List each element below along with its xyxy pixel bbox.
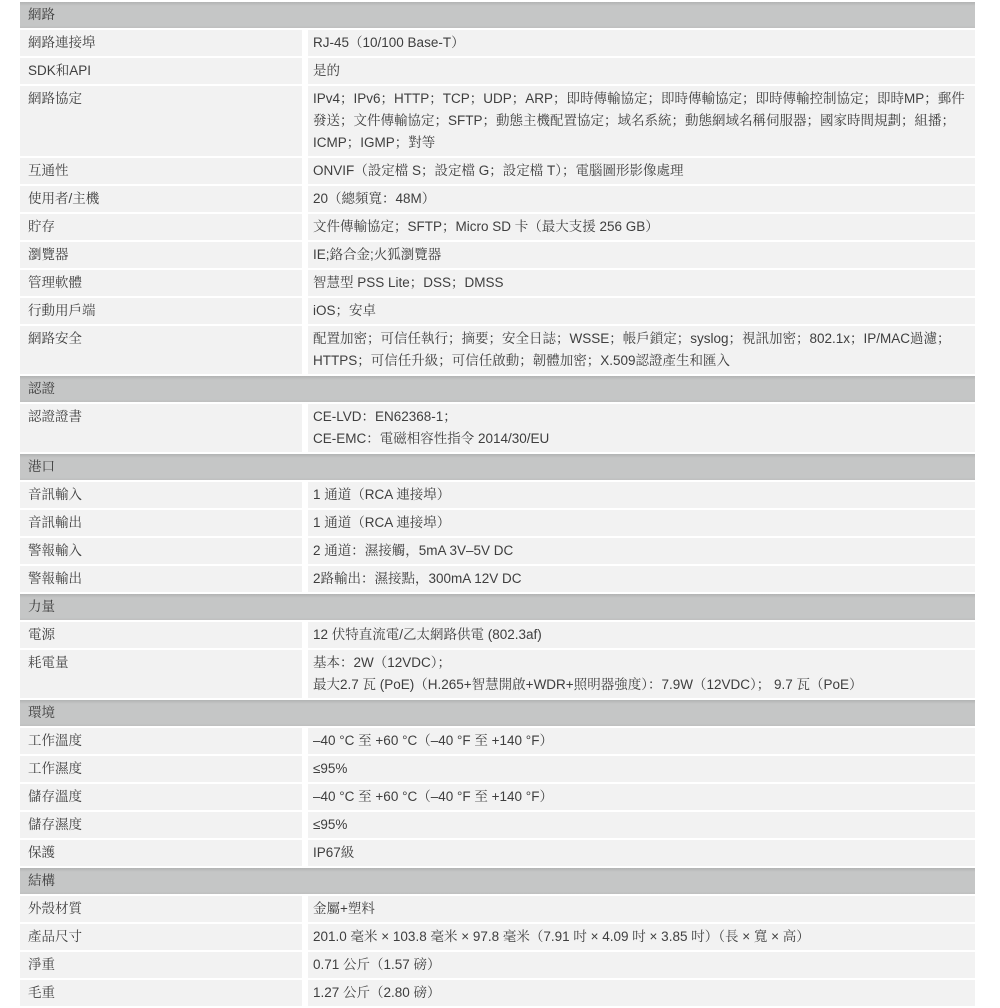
spec-value: 是的 — [308, 58, 975, 84]
spec-value: CE-LVD：EN62368-1； CE-EMC：電磁相容性指令 2014/30… — [308, 404, 975, 452]
spec-row: 貯存文件傳輸協定；SFTP；Micro SD 卡（最大支援 256 GB） — [20, 214, 975, 242]
spec-value: –40 °C 至 +60 °C（–40 °F 至 +140 °F） — [308, 784, 975, 810]
spec-label: 認證證書 — [20, 404, 302, 452]
spec-label: 警報輸出 — [20, 566, 302, 592]
spec-row: 警報輸入2 通道：濕接觸，5mA 3V–5V DC — [20, 538, 975, 566]
spec-value: 金屬+塑料 — [308, 896, 975, 922]
spec-label: 使用者/主機 — [20, 186, 302, 212]
spec-value: 配置加密；可信任執行；摘要；安全日誌；WSSE；帳戶鎖定；syslog；視訊加密… — [308, 326, 975, 374]
spec-row: 認證證書CE-LVD：EN62368-1； CE-EMC：電磁相容性指令 201… — [20, 404, 975, 454]
spec-label: 網路安全 — [20, 326, 302, 374]
spec-row: 儲存溫度–40 °C 至 +60 °C（–40 °F 至 +140 °F） — [20, 784, 975, 812]
spec-label: 行動用戶端 — [20, 298, 302, 324]
spec-value: 12 伏特直流電/乙太網路供電 (802.3af) — [308, 622, 975, 648]
spec-section-title: 環境 — [20, 700, 975, 728]
spec-row: 音訊輸出1 通道（RCA 連接埠） — [20, 510, 975, 538]
spec-value: 1 通道（RCA 連接埠） — [308, 510, 975, 536]
spec-row: 管理軟體智慧型 PSS Lite；DSS；DMSS — [20, 270, 975, 298]
spec-label: 網路連接埠 — [20, 30, 302, 56]
spec-value: ≤95% — [308, 812, 975, 838]
spec-label: 管理軟體 — [20, 270, 302, 296]
spec-value: IPv4；IPv6；HTTP；TCP；UDP；ARP；即時傳輸協定；即時傳輸協定… — [308, 86, 975, 156]
spec-value: 0.71 公斤（1.57 磅） — [308, 952, 975, 978]
spec-section-title: 力量 — [20, 594, 975, 622]
spec-value: 1.27 公斤（2.80 磅） — [308, 980, 975, 1006]
spec-section-title: 港口 — [20, 454, 975, 482]
spec-label: 網路協定 — [20, 86, 302, 156]
spec-section-title: 認證 — [20, 376, 975, 404]
spec-label: 耗電量 — [20, 650, 302, 698]
spec-row: 行動用戶端iOS；安卓 — [20, 298, 975, 326]
spec-label: 外殼材質 — [20, 896, 302, 922]
spec-value: 2 通道：濕接觸，5mA 3V–5V DC — [308, 538, 975, 564]
spec-label: 音訊輸入 — [20, 482, 302, 508]
spec-value: 文件傳輸協定；SFTP；Micro SD 卡（最大支援 256 GB） — [308, 214, 975, 240]
spec-row: 網路協定IPv4；IPv6；HTTP；TCP；UDP；ARP；即時傳輸協定；即時… — [20, 86, 975, 158]
spec-value: –40 °C 至 +60 °C（–40 °F 至 +140 °F） — [308, 728, 975, 754]
spec-label: 儲存濕度 — [20, 812, 302, 838]
spec-label: 音訊輸出 — [20, 510, 302, 536]
spec-row: 警報輸出2路輸出：濕接點，300mA 12V DC — [20, 566, 975, 594]
spec-row: 工作溫度–40 °C 至 +60 °C（–40 °F 至 +140 °F） — [20, 728, 975, 756]
spec-value: 20（總頻寬：48M） — [308, 186, 975, 212]
spec-value: 201.0 毫米 × 103.8 毫米 × 97.8 毫米（7.91 吋 × 4… — [308, 924, 975, 950]
spec-row: 音訊輸入1 通道（RCA 連接埠） — [20, 482, 975, 510]
spec-label: 警報輸入 — [20, 538, 302, 564]
spec-label: 淨重 — [20, 952, 302, 978]
spec-row: 外殼材質金屬+塑料 — [20, 896, 975, 924]
spec-label: 瀏覽器 — [20, 242, 302, 268]
spec-value: 2路輸出：濕接點，300mA 12V DC — [308, 566, 975, 592]
spec-value: 1 通道（RCA 連接埠） — [308, 482, 975, 508]
spec-value: iOS；安卓 — [308, 298, 975, 324]
spec-row: 使用者/主機20（總頻寬：48M） — [20, 186, 975, 214]
spec-row: 電源12 伏特直流電/乙太網路供電 (802.3af) — [20, 622, 975, 650]
spec-row: 淨重0.71 公斤（1.57 磅） — [20, 952, 975, 980]
spec-label: 互通性 — [20, 158, 302, 184]
spec-label: 工作濕度 — [20, 756, 302, 782]
spec-section-title: 結構 — [20, 868, 975, 896]
spec-label: 工作溫度 — [20, 728, 302, 754]
spec-row: 耗電量基本：2W（12VDC）； 最大2.7 瓦 (PoE)（H.265+智慧開… — [20, 650, 975, 700]
spec-value: IP67級 — [308, 840, 975, 866]
spec-label: 產品尺寸 — [20, 924, 302, 950]
spec-label: 貯存 — [20, 214, 302, 240]
spec-label: 保護 — [20, 840, 302, 866]
spec-table: 網路網路連接埠RJ-45（10/100 Base-T）SDK和API是的網路協定… — [20, 2, 975, 1008]
spec-value: IE;鉻合金;火狐瀏覽器 — [308, 242, 975, 268]
spec-row: 儲存濕度≤95% — [20, 812, 975, 840]
spec-value: RJ-45（10/100 Base-T） — [308, 30, 975, 56]
spec-value: 基本：2W（12VDC）； 最大2.7 瓦 (PoE)（H.265+智慧開啟+W… — [308, 650, 975, 698]
spec-section-title: 網路 — [20, 2, 975, 30]
spec-row: 互通性ONVIF（設定檔 S；設定檔 G；設定檔 T）；電腦圖形影像處理 — [20, 158, 975, 186]
spec-value: ONVIF（設定檔 S；設定檔 G；設定檔 T）；電腦圖形影像處理 — [308, 158, 975, 184]
spec-label: 電源 — [20, 622, 302, 648]
spec-value: ≤95% — [308, 756, 975, 782]
spec-row: SDK和API是的 — [20, 58, 975, 86]
spec-row: 產品尺寸201.0 毫米 × 103.8 毫米 × 97.8 毫米（7.91 吋… — [20, 924, 975, 952]
spec-row: 網路連接埠RJ-45（10/100 Base-T） — [20, 30, 975, 58]
spec-row: 毛重1.27 公斤（2.80 磅） — [20, 980, 975, 1008]
spec-label: 毛重 — [20, 980, 302, 1006]
spec-label: SDK和API — [20, 58, 302, 84]
spec-row: 工作濕度≤95% — [20, 756, 975, 784]
spec-row: 瀏覽器IE;鉻合金;火狐瀏覽器 — [20, 242, 975, 270]
spec-label: 儲存溫度 — [20, 784, 302, 810]
spec-row: 網路安全配置加密；可信任執行；摘要；安全日誌；WSSE；帳戶鎖定；syslog；… — [20, 326, 975, 376]
spec-value: 智慧型 PSS Lite；DSS；DMSS — [308, 270, 975, 296]
spec-row: 保護IP67級 — [20, 840, 975, 868]
